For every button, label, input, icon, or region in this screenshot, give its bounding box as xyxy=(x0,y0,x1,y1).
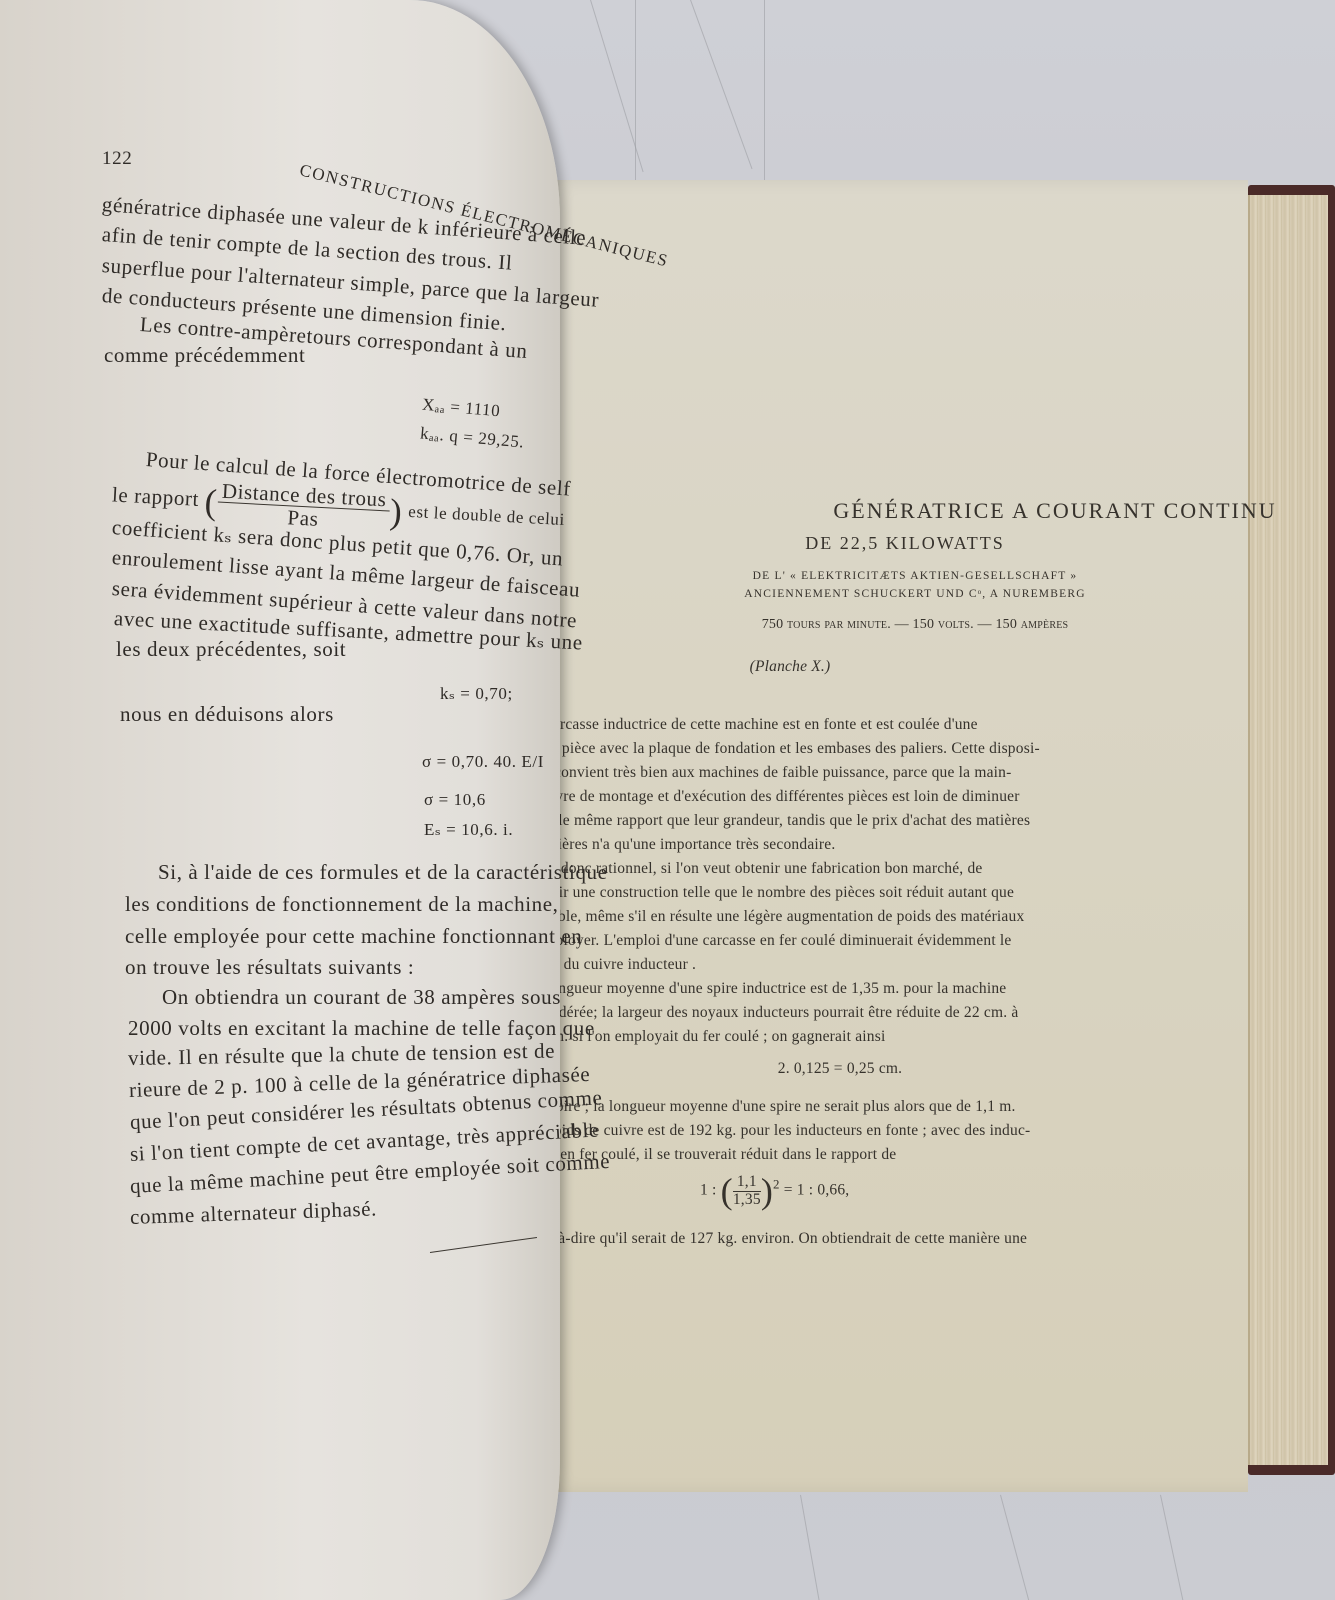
ratio-prefix: le rapport xyxy=(111,482,199,511)
formula-es: Eₛ = 10,6. i. xyxy=(424,820,513,840)
body-line: premières n'a qu'une importance très sec… xyxy=(525,836,835,854)
machine-specs: 750 tours par minute. — 150 volts. — 150… xyxy=(540,617,1290,633)
formula-sigma-2: σ = 10,6 xyxy=(424,790,486,810)
body-line: d'œuvre de montage et d'exécution des di… xyxy=(525,788,1020,806)
body-line: tion convient très bien aux machines de … xyxy=(525,764,1011,782)
formula-ratio: 1 : (1,11,35)2 = 1 : 0,66, xyxy=(700,1170,849,1212)
formula-ratio-left: 1 : xyxy=(700,1182,717,1199)
fraction-denominator: 1,35 xyxy=(733,1192,761,1208)
paren-open: ( xyxy=(721,1171,733,1211)
right-page: GÉNÉRATRICE A COURANT CONTINU DE 22,5 KI… xyxy=(540,180,1248,1492)
fraction-numerator: 1,1 xyxy=(733,1174,761,1191)
body-line: nous en déduisons alors xyxy=(120,702,334,727)
body-line: comme alternateur diphasé. xyxy=(130,1196,378,1230)
left-page: 122 CONSTRUCTIONS ÉLECTROMÉCANIQUES géné… xyxy=(0,0,560,1600)
body-line: Le poids de cuivre est de 192 kg. pour l… xyxy=(525,1122,1030,1140)
chapter-title: GÉNÉRATRICE A COURANT CONTINU xyxy=(540,498,1335,524)
formula-kq: kₐₐ. q = 29,25. xyxy=(419,423,525,452)
body-line: La carcasse inductrice de cette machine … xyxy=(525,716,978,734)
body-line: on trouve les résultats suivants : xyxy=(125,955,414,980)
body-line: les deux précédentes, soit xyxy=(116,637,346,662)
maker-line-2: ANCIENNEMENT SCHUCKERT UND Cᵒ, A NUREMBE… xyxy=(540,588,1290,600)
paren-close: ) xyxy=(761,1171,773,1211)
section-end-rule xyxy=(430,1237,537,1253)
formula-fraction: 1,11,35 xyxy=(733,1174,761,1208)
body-line: celle employée pour cette machine foncti… xyxy=(125,924,582,949)
body-line: les conditions de fonctionnement de la m… xyxy=(125,892,559,917)
formula-ratio-right: = 1 : 0,66, xyxy=(784,1182,850,1199)
body-line: comme précédemment xyxy=(104,343,305,368)
formula-sigma-1: σ = 0,70. 40. E/I xyxy=(422,752,544,772)
body-line: choisir une construction telle que le no… xyxy=(525,884,1014,902)
body-line: dans le même rapport que leur grandeur, … xyxy=(525,812,1030,830)
table-scratch xyxy=(764,0,765,180)
exponent: 2 xyxy=(773,1176,780,1191)
formula-x: Xₐₐ = 1110 xyxy=(421,395,501,422)
body-line: Si, à l'aide de ces formules et de la ca… xyxy=(158,860,608,885)
body-line: seule pièce avec la plaque de fondation … xyxy=(525,740,1040,758)
body-line: 2000 volts en excitant la machine de tel… xyxy=(128,1016,595,1041)
formula-width-gain: 2. 0,125 = 0,25 cm. xyxy=(540,1060,1140,1078)
plate-reference: (Planche X.) xyxy=(540,658,1040,676)
chapter-subtitle: DE 22,5 KILOWATTS xyxy=(540,533,1270,554)
page-number: 122 xyxy=(102,148,132,170)
body-line: à employer. L'emploi d'une carcasse en f… xyxy=(525,932,1012,950)
maker-line-1: DE L' « ELEKTRICITÆTS AKTIEN-GESELLSCHAF… xyxy=(540,570,1290,582)
body-line: possible, même s'il en résulte une légèr… xyxy=(525,908,1024,926)
formula-ks: kₛ = 0,70; xyxy=(440,684,513,704)
body-line: considérée; la largeur des noyaux induct… xyxy=(525,1004,1018,1022)
body-line: On obtiendra un courant de 38 ampères so… xyxy=(162,985,561,1010)
body-line: La longueur moyenne d'une spire inductri… xyxy=(525,980,1006,998)
paren-close: ) xyxy=(389,491,404,532)
table-scratch xyxy=(635,0,636,180)
page-stack-edge xyxy=(1248,195,1328,1465)
body-line: c'est-à-dire qu'il serait de 127 kg. env… xyxy=(525,1230,1027,1248)
ratio-suffix: est le double de celui xyxy=(408,502,565,529)
